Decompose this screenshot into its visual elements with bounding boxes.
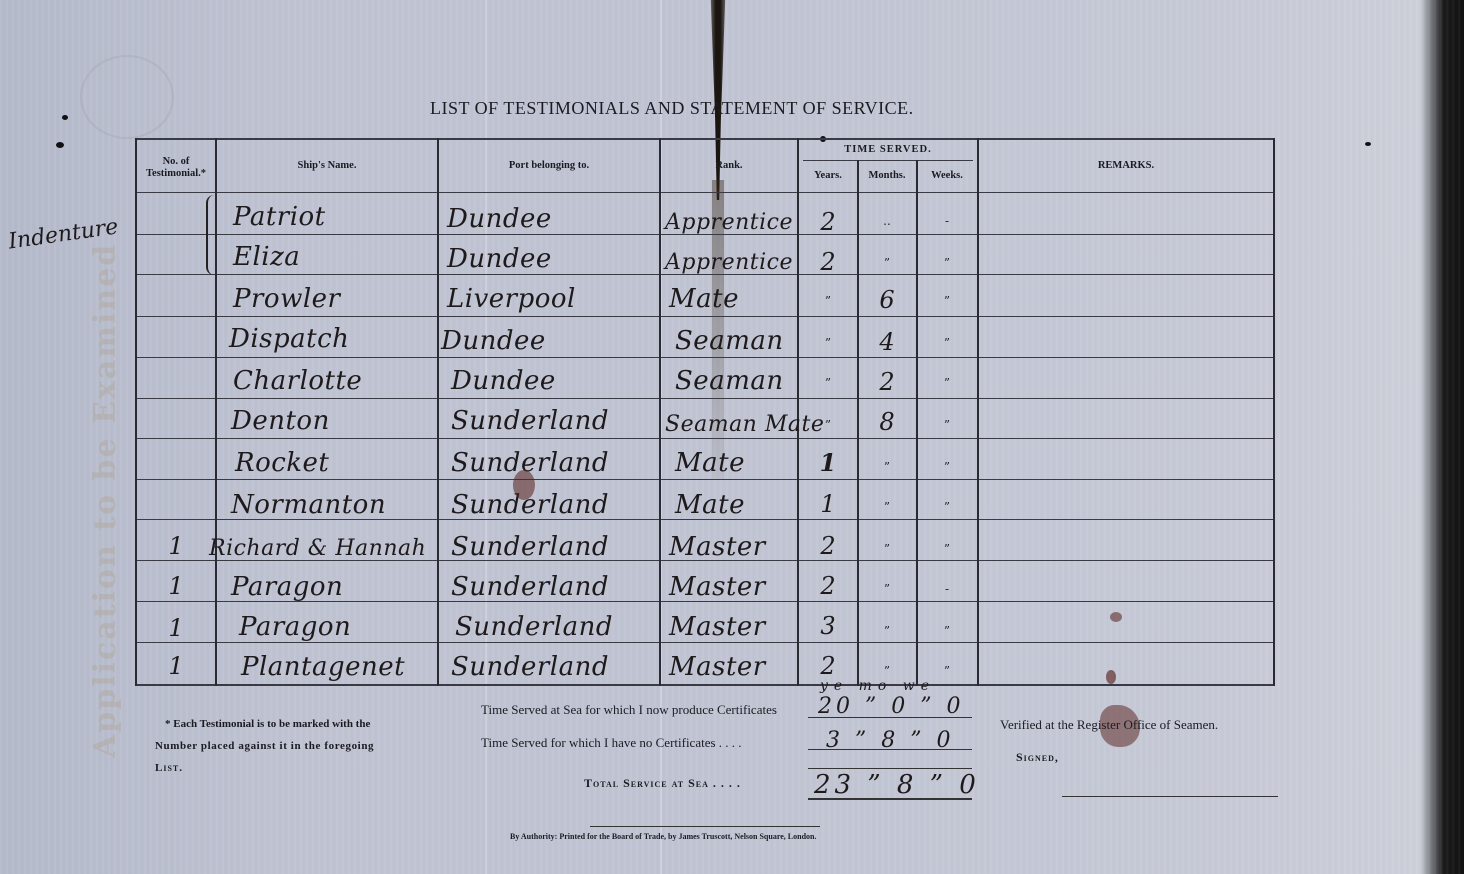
years-cell: 2 xyxy=(799,248,857,276)
imprint-rule xyxy=(590,826,820,827)
port-cell: Dundee xyxy=(451,366,556,396)
ship-name-cell: Charlotte xyxy=(233,366,362,396)
testimonial-no-cell: 1 xyxy=(137,652,215,680)
table-border-bottom xyxy=(135,684,1275,686)
col-header-years: Years. xyxy=(799,170,857,182)
years-cell: ” xyxy=(799,294,857,308)
rank-cell: Master xyxy=(669,572,766,602)
imprint-text: By Authority: Printed for the Board of T… xyxy=(510,832,816,841)
watermark-text: Application to be Examined xyxy=(88,200,138,800)
rank-cell: Seaman xyxy=(675,326,784,356)
months-cell: 2 xyxy=(858,368,916,396)
weeks-cell: ” xyxy=(917,376,977,390)
signed-label: Signed, xyxy=(1016,750,1059,765)
col-header-weeks: Weeks. xyxy=(917,170,977,182)
rank-cell: Mate xyxy=(675,490,745,520)
weeks-cell: ” xyxy=(917,294,977,308)
testimonial-no-cell: 1 xyxy=(137,532,215,560)
units-note: ye mo we xyxy=(820,678,935,694)
months-cell: ” xyxy=(858,256,916,270)
ink-spot xyxy=(1365,142,1371,146)
underline xyxy=(808,749,972,750)
weeks-cell: - xyxy=(917,582,977,596)
weeks-cell: ” xyxy=(917,256,977,270)
port-cell: Sunderland xyxy=(451,572,609,602)
years-cell: 2 xyxy=(799,572,857,600)
rank-cell: Master xyxy=(669,612,766,642)
ink-stain xyxy=(513,470,535,500)
ink-stain xyxy=(1110,612,1122,622)
footnote-line-1: * Each Testimonial is to be marked with … xyxy=(165,718,370,730)
weeks-cell: ” xyxy=(917,336,977,350)
col-header-months: Months. xyxy=(858,170,916,182)
ship-name-cell: Paragon xyxy=(231,572,343,602)
col-header-rank: Rank. xyxy=(661,160,797,172)
ship-name-cell: Patriot xyxy=(233,202,326,232)
port-cell: Sunderland xyxy=(451,406,609,436)
months-cell: ” xyxy=(858,582,916,596)
rank-cell: Master xyxy=(669,652,766,682)
col-header-port: Port belonging to. xyxy=(439,160,659,172)
months-cell: ” xyxy=(858,500,916,514)
months-cell: ” xyxy=(858,624,916,638)
col-header-time-served: TIME SERVED. xyxy=(799,144,977,156)
port-cell: Liverpool xyxy=(447,284,576,314)
rank-cell: Seaman xyxy=(675,366,784,396)
rank-cell: Mate xyxy=(669,284,739,314)
years-cell: 2 xyxy=(799,652,857,680)
embossed-stamp xyxy=(80,55,174,139)
weeks-cell: ” xyxy=(917,500,977,514)
col-header-remarks: REMARKS. xyxy=(979,160,1273,172)
total-service-label: Total Service at Sea . . . . xyxy=(584,776,741,791)
ship-name-cell: Plantagenet xyxy=(241,652,405,682)
ship-name-cell: Dispatch xyxy=(229,324,349,354)
testimonial-no-cell: 1 xyxy=(137,572,215,600)
port-cell: Sunderland xyxy=(451,652,609,682)
total-service-value: 23 ” 8 ” 0 xyxy=(814,770,980,800)
weeks-cell: - xyxy=(917,214,977,228)
ship-name-cell: Richard & Hannah xyxy=(209,536,426,561)
port-cell: Dundee xyxy=(447,244,552,274)
years-cell: 2 xyxy=(799,532,857,560)
ship-name-cell: Denton xyxy=(231,406,330,436)
months-cell: ” xyxy=(858,460,916,474)
footnote-line-3: List. xyxy=(155,762,183,774)
port-cell: Dundee xyxy=(441,326,546,356)
years-cell: 2 xyxy=(799,208,857,236)
ship-name-cell: Eliza xyxy=(233,242,300,272)
indenture-brace xyxy=(206,195,218,275)
underline xyxy=(808,798,972,800)
underline xyxy=(808,768,972,769)
ink-spot xyxy=(56,142,64,148)
underline xyxy=(808,717,972,718)
ship-name-cell: Normanton xyxy=(231,490,386,520)
ink-spot xyxy=(62,115,68,120)
months-cell: 8 xyxy=(858,408,916,436)
port-cell: Sunderland xyxy=(451,532,609,562)
weeks-cell: ” xyxy=(917,664,977,678)
col-header-ship-name: Ship's Name. xyxy=(217,160,437,172)
testimonials-table: No. of Testimonial.* Ship's Name. Port b… xyxy=(135,138,1275,686)
rank-cell: Apprentice xyxy=(665,210,793,235)
months-cell: .. xyxy=(858,214,916,228)
with-certificates-value: 20 ” 0 ” 0 xyxy=(818,694,964,719)
weeks-cell: ” xyxy=(917,624,977,638)
port-cell: Sunderland xyxy=(455,612,613,642)
years-cell: ” xyxy=(799,418,857,432)
ship-name-cell: Rocket xyxy=(235,448,329,478)
weeks-cell: ” xyxy=(917,542,977,556)
ink-stain xyxy=(1106,670,1116,684)
rank-cell: Master xyxy=(669,532,766,562)
col-header-testimonial-no: No. of Testimonial.* xyxy=(137,156,215,180)
page-title: LIST OF TESTIMONIALS AND STATEMENT OF SE… xyxy=(430,98,990,119)
with-certificates-label: Time Served at Sea for which I now produ… xyxy=(481,702,777,718)
rank-cell: Apprentice xyxy=(665,250,793,275)
months-cell: 4 xyxy=(858,328,916,356)
signature-line xyxy=(1062,796,1278,797)
ship-name-cell: Paragon xyxy=(239,612,351,642)
months-cell: ” xyxy=(858,664,916,678)
footnote-line-2: Number placed against it in the foregoin… xyxy=(155,740,374,752)
table-border-top xyxy=(135,138,1275,140)
header-divider xyxy=(135,192,1275,193)
months-cell: ” xyxy=(858,542,916,556)
ship-name-cell: Prowler xyxy=(233,284,340,314)
without-certificates-label: Time Served for which I have no Certific… xyxy=(481,735,742,751)
weeks-cell: ” xyxy=(917,460,977,474)
verified-label: Verified at the Register Office of Seame… xyxy=(1000,717,1218,733)
testimonial-no-cell: 1 xyxy=(137,614,215,642)
months-cell: 6 xyxy=(858,286,916,314)
years-cell: ” xyxy=(799,376,857,390)
years-cell: ” xyxy=(799,336,857,350)
years-cell: 1 xyxy=(799,490,857,518)
port-cell: Dundee xyxy=(447,204,552,234)
weeks-cell: ” xyxy=(917,418,977,432)
rank-cell: Mate xyxy=(675,448,745,478)
years-cell: 3 xyxy=(799,612,857,640)
years-cell: 1 xyxy=(799,448,857,477)
